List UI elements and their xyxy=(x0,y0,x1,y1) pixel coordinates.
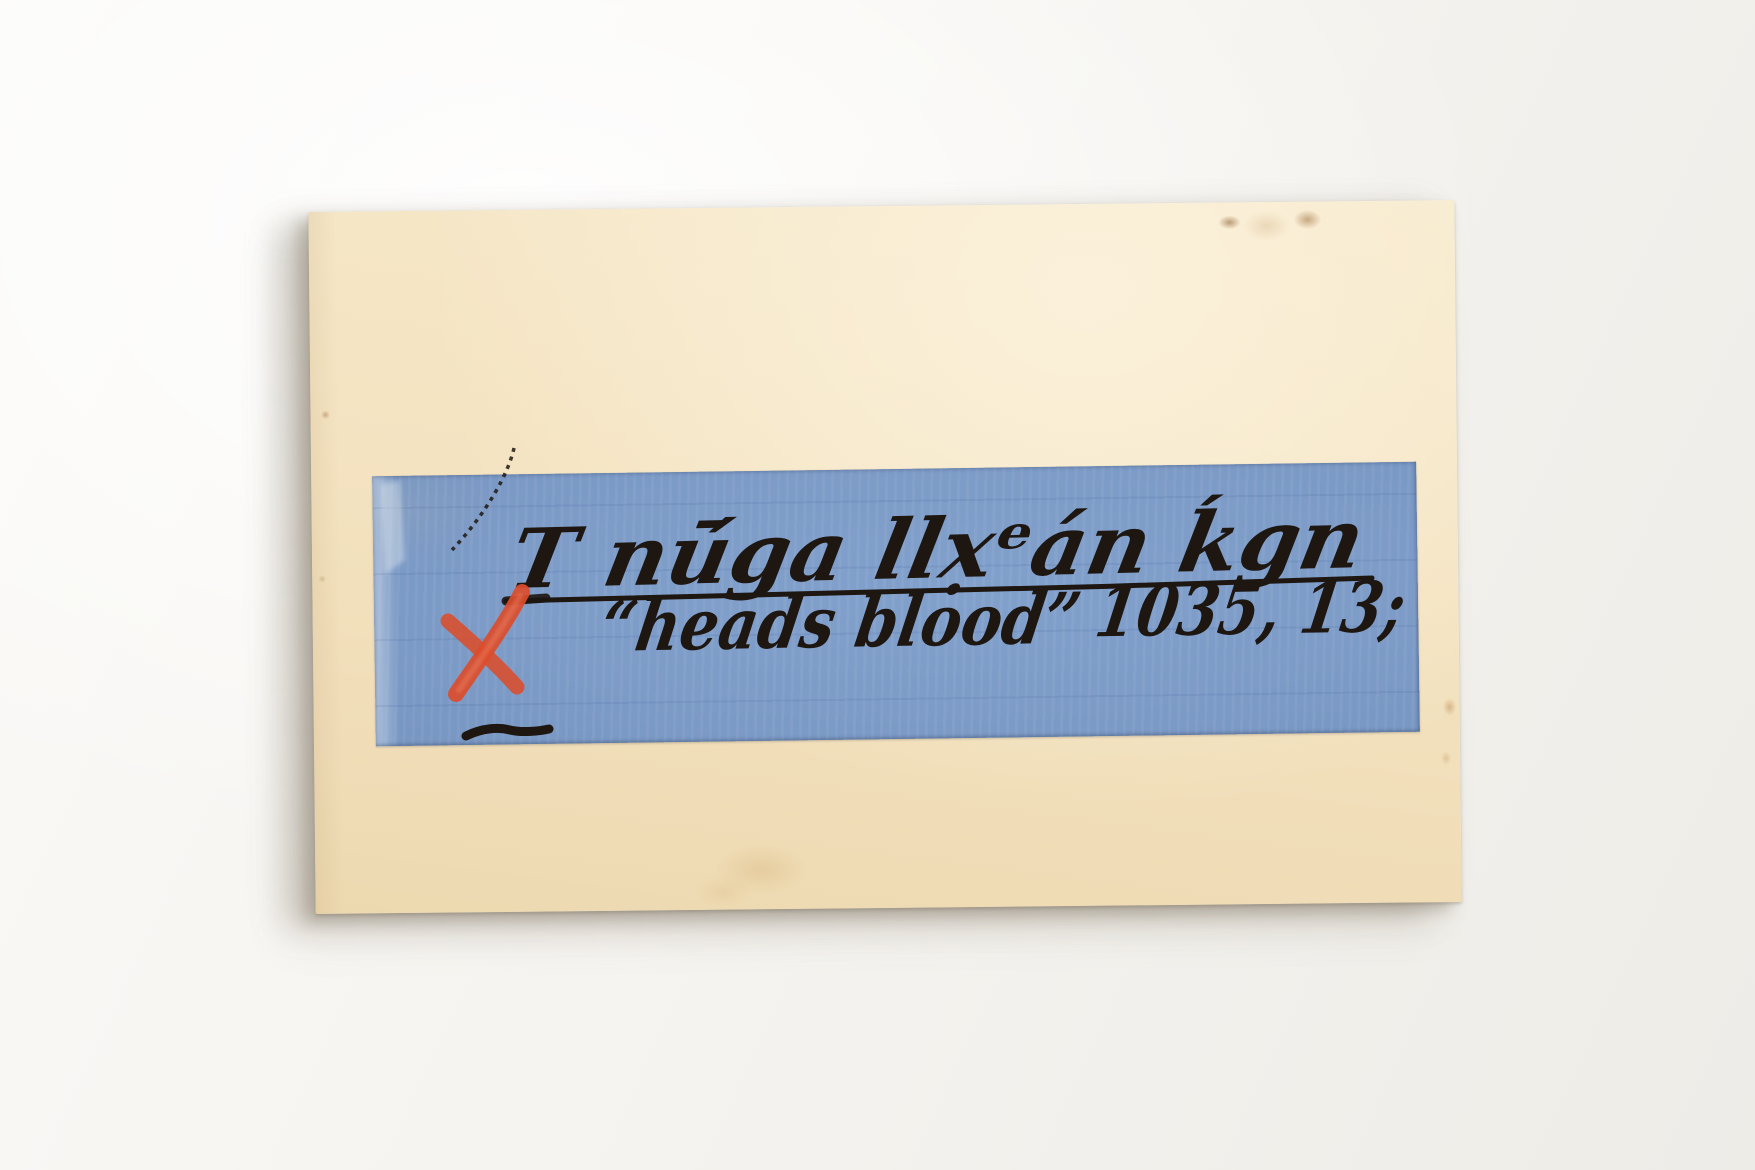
handwriting-overlay: T nū́ga llx̣ᵉán ḱgn “heads blood” 1035, … xyxy=(0,0,1755,1170)
slip-worn-streak xyxy=(380,481,405,574)
photograph-of-archival-label: T nū́ga llx̣ᵉán ḱgn “heads blood” 1035, … xyxy=(0,0,1755,1170)
ink-smudge-mark xyxy=(466,728,549,736)
pen-scratch-mark xyxy=(452,448,514,550)
slip-text-line2-phrase: “heads blood” xyxy=(595,577,1086,668)
red-x-mark xyxy=(448,592,522,694)
slip-text-line2-reference: 1035, 13; xyxy=(1090,565,1411,653)
